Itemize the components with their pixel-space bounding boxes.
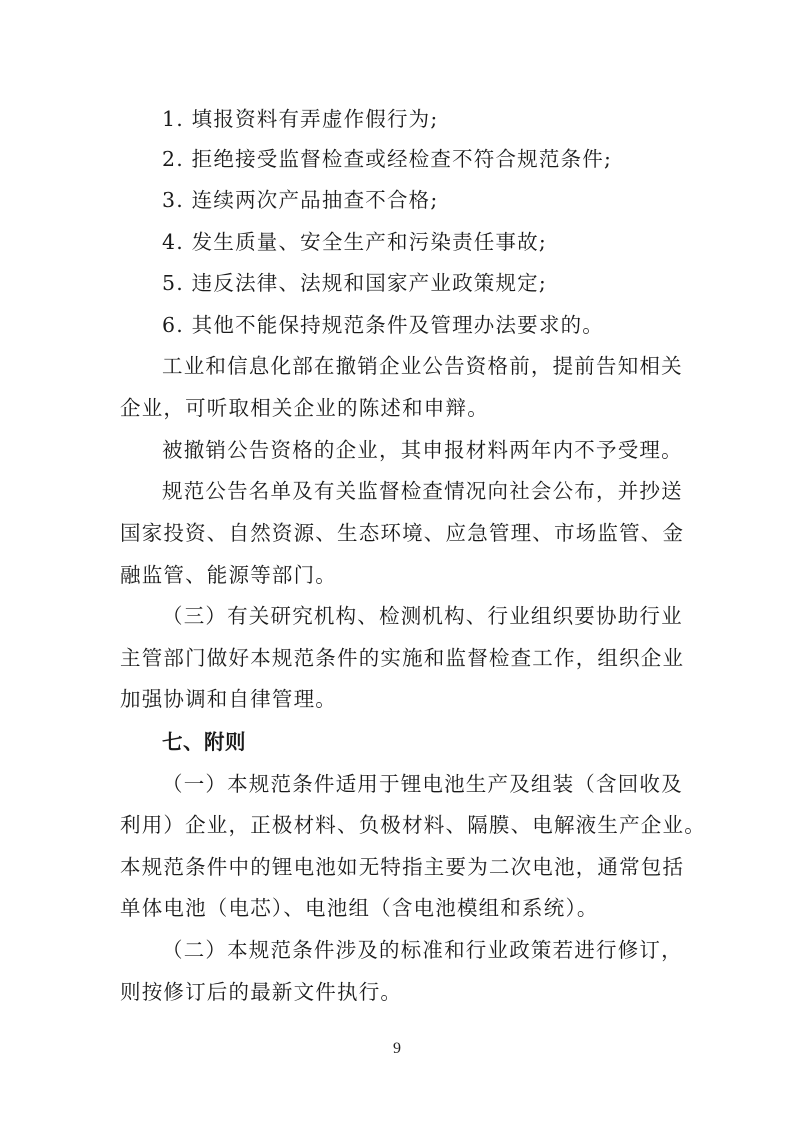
paragraph-line: 融监管、能源等部门。	[120, 561, 680, 589]
list-item: 4. 发生质量、安全生产和污染责任事故;	[162, 228, 722, 256]
section-heading: 七、附则	[162, 728, 722, 756]
paragraph-line: 主管部门做好本规范条件的实施和监督检查工作，组织企业	[120, 644, 680, 672]
paragraph-line: 利用）企业，正极材料、负极材料、隔膜、电解液生产企业。	[120, 811, 680, 839]
list-item: 5. 违反法律、法规和国家产业政策规定;	[162, 269, 722, 297]
list-item: 2. 拒绝接受监督检查或经检查不符合规范条件;	[162, 145, 722, 173]
paragraph-line: （一）本规范条件适用于锂电池生产及组装（含回收及	[162, 770, 722, 798]
paragraph-line: （三）有关研究机构、检测机构、行业组织要协助行业	[162, 602, 722, 630]
list-item: 3. 连续两次产品抽查不合格;	[162, 186, 722, 214]
paragraph-line: 则按修订后的最新文件执行。	[120, 978, 680, 1006]
paragraph-line: 规范公告名单及有关监督检查情况向社会公布，并抄送	[162, 477, 722, 505]
list-item: 1. 填报资料有弄虚作假行为;	[162, 105, 722, 133]
list-item: 6. 其他不能保持规范条件及管理办法要求的。	[162, 311, 722, 339]
paragraph-line: 本规范条件中的锂电池如无特指主要为二次电池，通常包括	[120, 853, 680, 881]
paragraph-line: 工业和信息化部在撤销企业公告资格前，提前告知相关	[162, 352, 722, 380]
paragraph-line: （二）本规范条件涉及的标准和行业政策若进行修订，	[162, 936, 722, 964]
document-page: 1. 填报资料有弄虚作假行为; 2. 拒绝接受监督检查或经检查不符合规范条件; …	[0, 0, 794, 1123]
paragraph-line: 企业，可听取相关企业的陈述和申辩。	[120, 394, 680, 422]
paragraph-line: 被撤销公告资格的企业，其申报材料两年内不予受理。	[162, 436, 722, 464]
paragraph-line: 加强协调和自律管理。	[120, 685, 680, 713]
paragraph-line: 单体电池（电芯）、电池组（含电池模组和系统）。	[120, 894, 680, 922]
paragraph-line: 国家投资、自然资源、生态环境、应急管理、市场监管、金	[120, 519, 680, 547]
page-number: 9	[0, 1040, 794, 1058]
